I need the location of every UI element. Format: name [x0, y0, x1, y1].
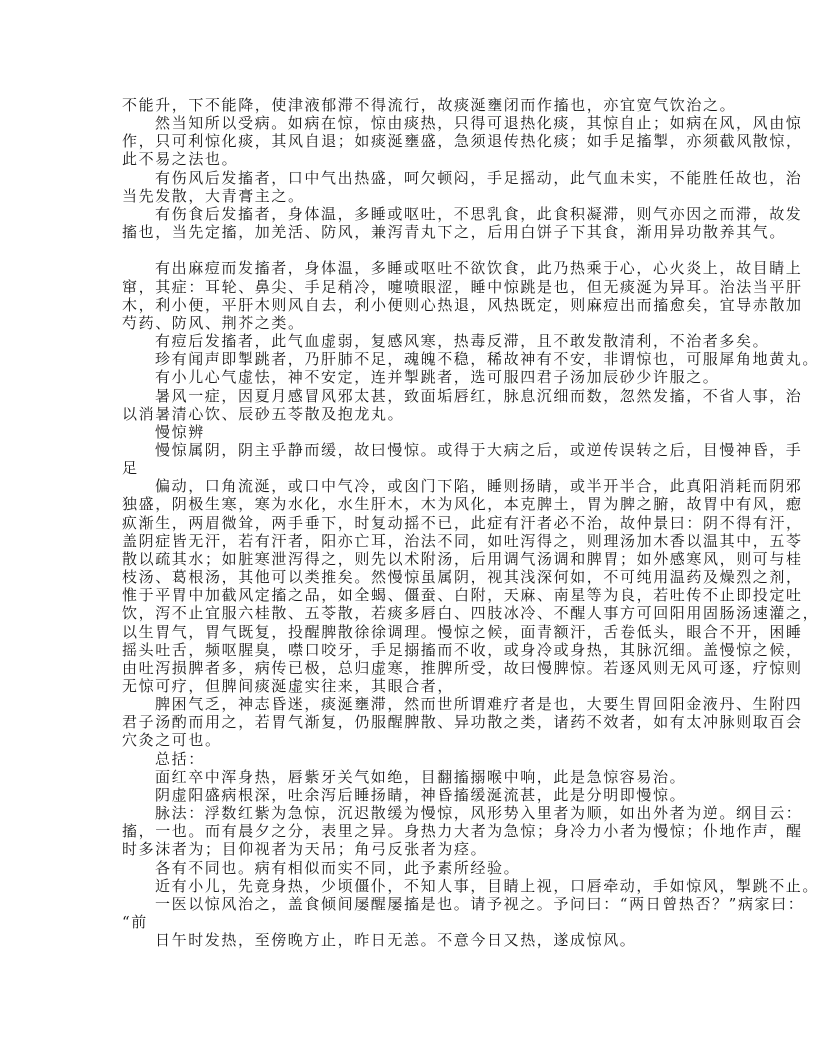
text-line: 此不易之法也。: [122, 150, 706, 168]
text-line: 当先发散，大青膏主之。: [122, 187, 706, 205]
text-line: 偏动，口角流涎，或口中气冷，或囟门下陷，睡则扬睛，或半开半合，此真阳消耗而阴邪: [122, 477, 706, 495]
text-line: 有痘后发搐者，此气血虚弱，复感风寒，热毒反滞，且不敢发散清利，不治者多矣。: [122, 332, 706, 350]
text-line: 慢惊属阴，阴主乎静而缓，故曰慢惊。或得于大病之后，或逆传误转之后，目慢神昏，手: [122, 441, 706, 459]
document-page: 不能升，下不能降，使津液郁滞不得流行，故痰涎壅闭而作搐也，亦宜宽气饮治之。然当知…: [122, 96, 706, 949]
text-line: 木，利小便，平肝木则风自去，利小便则心热退，风热既定，则麻痘出而搐愈矣，宜导赤散…: [122, 296, 706, 314]
text-line: 阴虚阳盛病根深，吐余泻后睡扬睛，神昏搐缓涎流甚，此是分明即慢惊。: [122, 786, 706, 804]
text-line: “前: [122, 913, 706, 931]
text-line: 芍药、防风、荆芥之类。: [122, 314, 706, 332]
text-line: 摇头吐舌，频呕腥臭，噤口咬牙，手足搦搐而不收，或身冷或身热，其脉沉细。盖慢惊之候…: [122, 641, 706, 659]
text-line: 不能升，下不能降，使津液郁滞不得流行，故痰涎壅闭而作搐也，亦宜宽气饮治之。: [122, 96, 706, 114]
text-line: 盖阴症皆无汗，若有汗者，阳亦亡耳，治法不同，如吐泻得之，则理汤加木香以温其中，五…: [122, 532, 706, 550]
text-line: 以生胃气，胃气既复，投醒脾散徐徐调理。慢惊之候，面青额汗，舌卷低头，眼合不开，困…: [122, 623, 706, 641]
text-line: 脉法：浮数红紫为急惊，沉迟散缓为慢惊，风形势入里者为顺，如出外者为逆。纲目云：: [122, 804, 706, 822]
text-line: 日午时发热，至傍晚方止，昨日无恙。不意今日又热，遂成惊风。: [122, 931, 706, 949]
text-line: 饮，泻不止宜服六桂散、五苓散，若痰多唇白、四肢冰冷、不醒人事方可回阳用固肠汤速灌…: [122, 604, 706, 622]
text-line: 疭渐生，两眉微耸，两手垂下，时复动摇不已，此症有汗者必不治，故仲景曰：阴不得有汗…: [122, 514, 706, 532]
text-line: 一医以惊风治之，盖食倾间屡醒屡搐是也。请予视之。予问曰：“两日曾热否？”病家曰：: [122, 895, 706, 913]
text-line: 面红卒中浑身热，唇紫牙关气如绝，目翻搐搦喉中响，此是急惊容易治。: [122, 768, 706, 786]
text-line: 无惊可疗，但脾间痰涎虚实往来，其眼合者，: [122, 677, 706, 695]
text-line: 由吐泻损脾者多，病传已极，总归虚寒，推脾所受，故曰慢脾惊。若逐风则无风可逐，疗惊…: [122, 659, 706, 677]
blank-line: [122, 241, 706, 259]
text-line: 窜，其症：耳轮、鼻尖、手足稍冷，嚏喷眼涩，睡中惊跳是也，但无痰涎为异耳。治法当平…: [122, 278, 706, 296]
text-line: 足: [122, 459, 706, 477]
text-line: 有出麻痘而发搐者，身体温，多睡或呕吐不欲饮食，此乃热乘于心，心火炎上，故目睛上: [122, 259, 706, 277]
text-line: 惟于平胃中加截风定搐之品，如全蝎、僵蚕、白附，天麻、南星等为良，若吐传不止即投定…: [122, 586, 706, 604]
text-line: 慢惊辨: [122, 423, 706, 441]
text-line: 作，只可利惊化痰，其风自退；如痰涎壅盛，急须退传热化痰；如手足搐掣，亦须截风散惊…: [122, 132, 706, 150]
text-line: 有伤风后发搐者，口中气出热盛，呵欠顿闷，手足摇动，此气血未实，不能胜任故也，治: [122, 169, 706, 187]
text-line: 脾困气乏，神志昏迷，痰涎壅滞，然而世所谓难疗者是也，大要生胃回阳金液丹、生附四: [122, 695, 706, 713]
text-line: 独盛，阴极生寒，寒为水化，水生肝木，木为风化，本克脾土，胃为脾之腑，故胃中有风，…: [122, 495, 706, 513]
text-line: 枝汤、葛根汤，其他可以类推矣。然慢惊虽属阴，视其浅深何如，不可纯用温药及燥烈之剂…: [122, 568, 706, 586]
text-line: 有小儿心气虚怯，神不安定，连并掣跳者，选可服四君子汤加辰砂少许服之。: [122, 368, 706, 386]
text-line: 近有小儿，先竟身热，少顷僵仆，不知人事，目睛上视，口唇牵动，手如惊风，掣跳不止。: [122, 877, 706, 895]
text-line: 搐也，当先定搐，加羌活、防风，兼泻青丸下之，后用白饼子下其食，渐用异功散养其气。: [122, 223, 706, 241]
text-line: 暑风一症，因夏月感冒风邪太甚，致面垢唇红，脉息沉细而数，忽然发搐，不省人事，治: [122, 387, 706, 405]
text-line: 珍有闻声即掣跳者，乃肝肺不足，魂魄不稳，稀故神有不安，非谓惊也，可服犀角地黄丸。: [122, 350, 706, 368]
text-line: 君子汤酌而用之，若胃气渐复，仍服醒脾散、异功散之类，诸药不效者，如有太冲脉则取百…: [122, 713, 706, 731]
text-line: 搐，一也。而有晨夕之分，表里之异。身热力大者为急惊；身冷力小者为慢惊；仆地作声，…: [122, 822, 706, 840]
text-line: 各有不同也。病有相似而实不同，此予素所经验。: [122, 859, 706, 877]
text-line: 以消暑清心饮、辰砂五苓散及抱龙丸。: [122, 405, 706, 423]
text-line: 散以疏其水；如脏寒泄泻得之，则先以术附汤，后用调气汤调和脾胃；如外感寒风，则可与…: [122, 550, 706, 568]
text-line: 有伤食后发搐者，身体温，多睡或呕吐，不思乳食，此食积凝滞，则气亦因之而滞，故发: [122, 205, 706, 223]
text-line: 然当知所以受病。如病在惊，惊由痰热，只得可退热化痰，其惊自止；如病在风，风由惊: [122, 114, 706, 132]
text-line: 总括：: [122, 750, 706, 768]
text-line: 时多沫者为；目仰视者为天吊；角弓反张者为痉。: [122, 840, 706, 858]
text-line: 穴灸之可也。: [122, 731, 706, 749]
